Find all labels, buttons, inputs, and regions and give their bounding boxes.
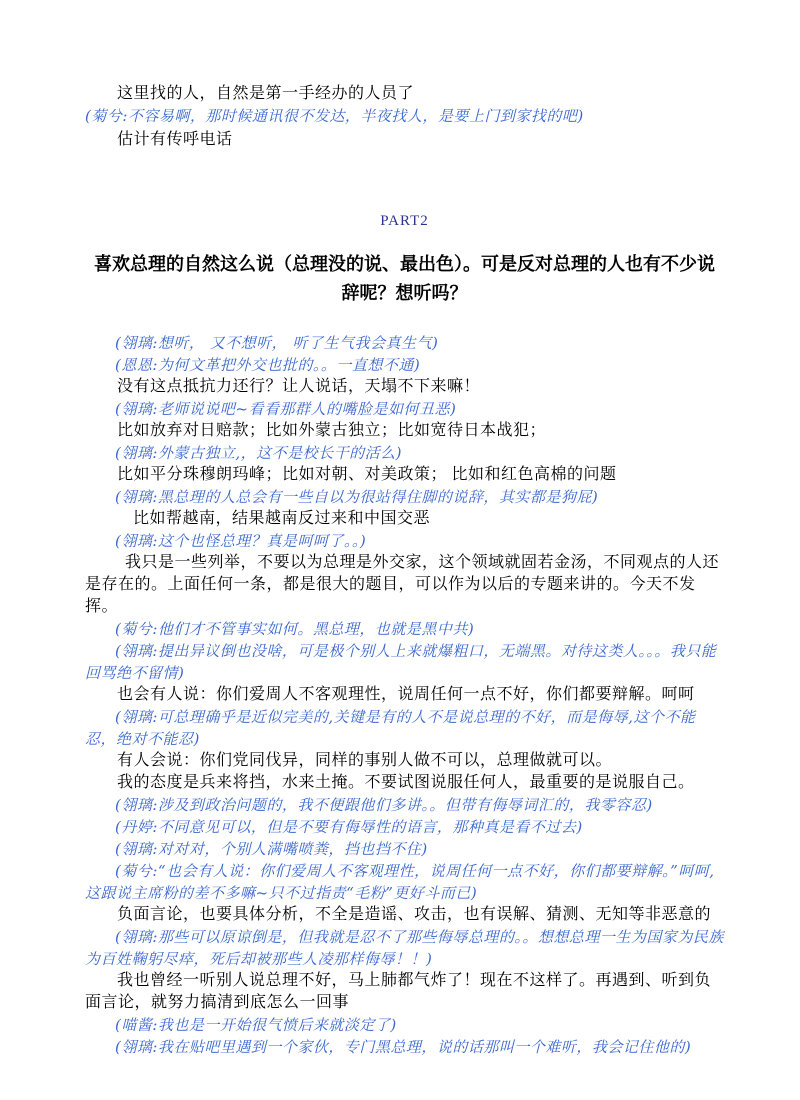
comment-line: (翎璃:这个也怪总理？真是呵呵了。。)	[85, 530, 724, 552]
narration-line: 也会有人说：你们爱周人不客观理性，说周任何一点不好，你们都要辩解。呵呵	[85, 684, 724, 706]
comment-line: (喵酱:我也是一开始很气愤后来就淡定了)	[85, 1014, 724, 1036]
comment-line: (菊兮:他们才不管事实如何。黑总理，也就是黑中共)	[85, 618, 724, 640]
comment-line: (翎璃:黑总理的人总会有一些自以为很站得住脚的说辞，其实都是狗屁)	[85, 486, 724, 508]
comment-line: (恩恩:为何文革把外交也批的。。一直想不通)	[85, 354, 724, 376]
comment-line: (翎璃:我在贴吧里遇到一个家伙，专门黑总理，说的话那叫一个难听，我会记住他的)	[85, 1036, 724, 1058]
comment-line: (翎璃:想听， 又不想听， 听了生气我会真生气)	[85, 332, 724, 354]
document-page: 这里找的人，自然是第一手经办的人员了(菊兮:不容易啊，那时候通讯很不发达，半夜找…	[0, 0, 800, 1100]
narration-line: 比如平分珠穆朗玛峰；比如对朝、对美政策； 比如和红色高棉的问题	[85, 464, 724, 486]
intro-section: 这里找的人，自然是第一手经办的人员了(菊兮:不容易啊，那时候通讯很不发达，半夜找…	[85, 0, 724, 151]
part-heading: PART2	[85, 213, 724, 230]
comment-line: (翎璃:老师说说吧~看看那群人的嘴脸是如何丑恶)	[85, 398, 724, 420]
narration-line: 我也曾经一听别人说总理不好，马上肺都气炸了！现在不这样了。再遇到、听到负面言论，…	[85, 970, 724, 1014]
comment-line: (翎璃:那些可以原谅倒是，但我就是忍不了那些侮辱总理的。。想想总理一生为国家为民…	[85, 926, 724, 970]
dialogue-body: (翎璃:想听， 又不想听， 听了生气我会真生气)(恩恩:为何文革把外交也批的。。…	[85, 332, 724, 1058]
narration-line: 有人会说：你们党同伐异，同样的事别人做不可以，总理做就可以。	[85, 750, 724, 772]
section-title: 喜欢总理的自然这么说（总理没的说、最出色）。可是反对总理的人也有不少说辞呢？想听…	[89, 250, 720, 308]
narration-line: 负面言论，也要具体分析，不全是造谣、攻击，也有误解、猜测、无知等非恶意的	[85, 904, 724, 926]
comment-line: (菊兮:“也会有人说：你们爱周人不客观理性，说周任何一点不好，你们都要辩解。”呵…	[85, 860, 724, 904]
narration-line: 我的态度是兵来将挡，水来土掩。不要试图说服任何人，最重要的是说服自己。	[85, 772, 724, 794]
comment-line: (翎璃:可总理确乎是近似完美的,关键是有的人不是说总理的不好，而是侮辱,这个不能…	[85, 706, 724, 750]
narration-line: 比如放弃对日赔款；比如外蒙古独立；比如宽待日本战犯；	[85, 420, 724, 442]
narration-line: 比如帮越南，结果越南反过来和中国交恶	[85, 508, 724, 530]
comment-line: (翎璃:提出异议倒也没啥，可是极个别人上来就爆粗口，无端黑。对待这类人。。。我只…	[85, 640, 724, 684]
comment-line: (丹婷:不同意见可以，但是不要有侮辱性的语言，那种真是看不过去)	[85, 816, 724, 838]
narration-line: 我只是一些列举，不要以为总理是外交家，这个领域就固若金汤，不同观点的人还是存在的…	[85, 552, 724, 618]
comment-line: (翎璃:对对对，个别人满嘴喷粪，挡也挡不住)	[85, 838, 724, 860]
comment-line: (菊兮:不容易啊，那时候通讯很不发达，半夜找人，是要上门到家找的吧)	[85, 105, 724, 128]
narration-line: 估计有传呼电话	[85, 128, 724, 151]
comment-line: (翎璃:外蒙古独立,，这不是校长干的活么)	[85, 442, 724, 464]
narration-line: 没有这点抵抗力还行？让人说话，天塌不下来嘛！	[85, 376, 724, 398]
document-content: 这里找的人，自然是第一手经办的人员了(菊兮:不容易啊，那时候通讯很不发达，半夜找…	[0, 0, 800, 1058]
comment-line: (翎璃:涉及到政治问题的，我不便跟他们多讲。。但带有侮辱词汇的，我零容忍)	[85, 794, 724, 816]
narration-line: 这里找的人，自然是第一手经办的人员了	[85, 82, 724, 105]
